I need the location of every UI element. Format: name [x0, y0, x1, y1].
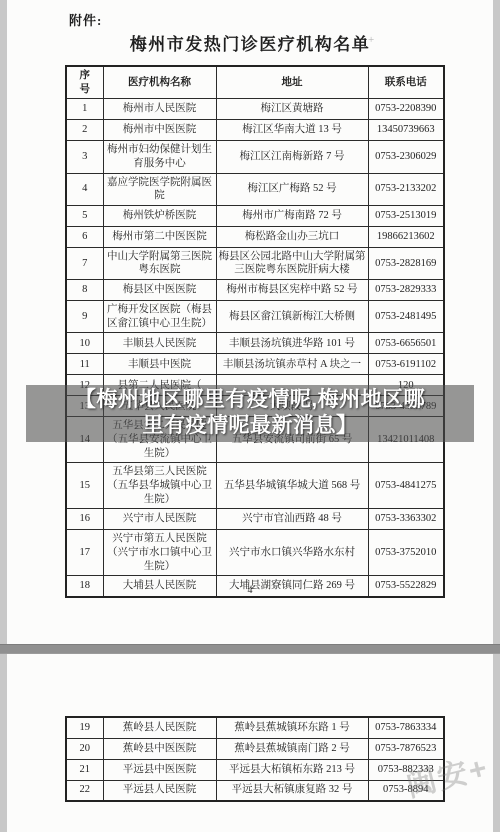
institution-name: 广梅开发区医院（梅县区畲江镇中心卫生院） — [103, 301, 216, 333]
row-number: 15 — [66, 463, 103, 509]
institution-name: 兴宁市第五人民医院（兴宁市水口镇中心卫生院） — [103, 530, 216, 576]
table-header-row: 序 号 医疗机构名称 地址 联系电话 — [66, 66, 444, 99]
phone: 0753-6191102 — [368, 354, 444, 375]
address: 丰顺县汤坑镇进华路 101 号 — [216, 333, 368, 354]
row-number: 9 — [66, 301, 103, 333]
scanned-page-1: 附件: 梅州市发热门诊医疗机构名单 + 序 号 医疗机构名称 地址 联系电话 1… — [7, 0, 493, 645]
row-number: 2 — [66, 120, 103, 141]
attachment-label: 附件: — [69, 10, 102, 29]
institution-name: 五华县第三人民医院（五华县华城镇中心卫生院） — [103, 463, 216, 509]
phone: 0753-7863334 — [368, 717, 444, 738]
phone: 0753-6656501 — [368, 333, 444, 354]
institution-name: 中山大学附属第三医院粤东医院 — [103, 247, 216, 279]
page-number: 4 — [7, 585, 493, 596]
institution-name: 嘉应学院医学院附属医院 — [103, 173, 216, 205]
phone: 0753-3363302 — [368, 509, 444, 530]
row-number: 10 — [66, 333, 103, 354]
row-number: 16 — [66, 509, 103, 530]
phone: 13450739663 — [368, 120, 444, 141]
institution-name: 蕉岭县中医医院 — [103, 738, 216, 759]
institution-name: 梅县区中医医院 — [103, 280, 216, 301]
table-row: 11丰顺县中医院丰顺县汤坑镇赤草村 A 块之一0753-6191102 — [66, 354, 444, 375]
table-row: 20蕉岭县中医医院蕉岭县蕉城镇南门路 2 号0753-7876523 — [66, 738, 444, 759]
row-number: 17 — [66, 530, 103, 576]
address: 梅江区黄塘路 — [216, 99, 368, 120]
address: 梅松路金山办三坑口 — [216, 226, 368, 247]
page-separator — [0, 644, 500, 654]
phone: 0753-2481495 — [368, 301, 444, 333]
column-header-address: 地址 — [216, 66, 368, 99]
address: 蕉岭县蕉城镇南门路 2 号 — [216, 738, 368, 759]
address: 梅江区江南梅新路 7 号 — [216, 141, 368, 173]
scan-artifact-mark: + — [368, 34, 374, 46]
institution-name: 梅州市人民医院 — [103, 99, 216, 120]
phone: 19866213602 — [368, 226, 444, 247]
institution-name: 梅州铁炉桥医院 — [103, 205, 216, 226]
phone: 0753-2828169 — [368, 247, 444, 279]
institution-name: 梅州市妇幼保健计划生育服务中心 — [103, 141, 216, 173]
address: 蕉岭县蕉城镇环东路 1 号 — [216, 717, 368, 738]
phone: 0753-3752010 — [368, 530, 444, 576]
institution-name: 梅州市中医医院 — [103, 120, 216, 141]
table-row: 7中山大学附属第三医院粤东医院梅县区公园北路中山大学附属第三医院粤东医院肝病大楼… — [66, 247, 444, 279]
row-number: 4 — [66, 173, 103, 205]
column-header-number: 序 号 — [66, 66, 103, 99]
column-header-institution: 医疗机构名称 — [103, 66, 216, 99]
institution-name: 丰顺县中医院 — [103, 354, 216, 375]
institution-name: 蕉岭县人民医院 — [103, 717, 216, 738]
institution-name: 兴宁市人民医院 — [103, 509, 216, 530]
address: 丰顺县汤坑镇赤草村 A 块之一 — [216, 354, 368, 375]
caption-overlay: 【梅州地区哪里有疫情呢,梅州地区哪 里有疫情呢最新消息】 — [26, 385, 474, 442]
fever-clinic-table-page2: 19蕉岭县人民医院蕉岭县蕉城镇环东路 1 号0753-786333420蕉岭县中… — [65, 716, 445, 802]
caption-line-2: 里有疫情呢最新消息】 — [26, 413, 474, 439]
document-title: 梅州市发热门诊医疗机构名单 — [7, 30, 493, 55]
scanned-page-2: 19蕉岭县人民医院蕉岭县蕉城镇环东路 1 号0753-786333420蕉岭县中… — [7, 654, 493, 832]
row-number: 20 — [66, 738, 103, 759]
table-row: 2梅州市中医医院梅江区华南大道 13 号13450739663 — [66, 120, 444, 141]
institution-name: 平远县中医医院 — [103, 759, 216, 780]
institution-name: 丰顺县人民医院 — [103, 333, 216, 354]
table-row: 19蕉岭县人民医院蕉岭县蕉城镇环东路 1 号0753-7863334 — [66, 717, 444, 738]
phone: 0753-2208390 — [368, 99, 444, 120]
fever-clinic-table-page1: 序 号 医疗机构名称 地址 联系电话 1梅州市人民医院梅江区黄塘路0753-22… — [65, 65, 445, 598]
row-number: 6 — [66, 226, 103, 247]
address: 兴宁市官汕西路 48 号 — [216, 509, 368, 530]
institution-name: 梅州市第二中医医院 — [103, 226, 216, 247]
phone: 0753-4841275 — [368, 463, 444, 509]
row-number: 11 — [66, 354, 103, 375]
address: 兴宁市水口镇兴华路水东村 — [216, 530, 368, 576]
caption-line-1: 【梅州地区哪里有疫情呢,梅州地区哪 — [26, 387, 474, 413]
row-number: 7 — [66, 247, 103, 279]
table-row: 6梅州市第二中医医院梅松路金山办三坑口19866213602 — [66, 226, 444, 247]
row-number: 1 — [66, 99, 103, 120]
table-row: 1梅州市人民医院梅江区黄塘路0753-2208390 — [66, 99, 444, 120]
table-row: 21平远县中医医院平远县大柘镇柘东路 213 号0753-882333 — [66, 759, 444, 780]
table-row: 9广梅开发区医院（梅县区畲江镇中心卫生院）梅县区畲江镇新梅江大桥侧0753-24… — [66, 301, 444, 333]
address: 梅江区华南大道 13 号 — [216, 120, 368, 141]
row-number: 8 — [66, 280, 103, 301]
address: 平远县大柘镇康复路 32 号 — [216, 780, 368, 801]
address: 梅县区公园北路中山大学附属第三医院粤东医院肝病大楼 — [216, 247, 368, 279]
table-row: 16兴宁市人民医院兴宁市官汕西路 48 号0753-3363302 — [66, 509, 444, 530]
address: 梅江区广梅路 52 号 — [216, 173, 368, 205]
institution-name: 平远县人民医院 — [103, 780, 216, 801]
address: 平远县大柘镇柘东路 213 号 — [216, 759, 368, 780]
phone: 0753-2306029 — [368, 141, 444, 173]
row-number: 21 — [66, 759, 103, 780]
table-row: 5梅州铁炉桥医院梅州市广梅南路 72 号0753-2513019 — [66, 205, 444, 226]
table-row: 3梅州市妇幼保健计划生育服务中心梅江区江南梅新路 7 号0753-2306029 — [66, 141, 444, 173]
phone: 0753-2133202 — [368, 173, 444, 205]
phone: 0753-2513019 — [368, 205, 444, 226]
row-number: 5 — [66, 205, 103, 226]
table-row: 22平远县人民医院平远县大柘镇康复路 32 号0753-8894 — [66, 780, 444, 801]
table-row: 4嘉应学院医学院附属医院梅江区广梅路 52 号0753-2133202 — [66, 173, 444, 205]
table-row: 17兴宁市第五人民医院（兴宁市水口镇中心卫生院）兴宁市水口镇兴华路水东村0753… — [66, 530, 444, 576]
address: 梅州市梅县区宪梓中路 52 号 — [216, 280, 368, 301]
table-row: 10丰顺县人民医院丰顺县汤坑镇进华路 101 号0753-6656501 — [66, 333, 444, 354]
table-row: 8梅县区中医医院梅州市梅县区宪梓中路 52 号0753-2829333 — [66, 280, 444, 301]
column-header-phone: 联系电话 — [368, 66, 444, 99]
row-number: 22 — [66, 780, 103, 801]
table-row: 15五华县第三人民医院（五华县华城镇中心卫生院）五华县华城镇华城大道 568 号… — [66, 463, 444, 509]
address: 五华县华城镇华城大道 568 号 — [216, 463, 368, 509]
phone: 0753-2829333 — [368, 280, 444, 301]
row-number: 3 — [66, 141, 103, 173]
address: 梅县区畲江镇新梅江大桥侧 — [216, 301, 368, 333]
row-number: 19 — [66, 717, 103, 738]
address: 梅州市广梅南路 72 号 — [216, 205, 368, 226]
